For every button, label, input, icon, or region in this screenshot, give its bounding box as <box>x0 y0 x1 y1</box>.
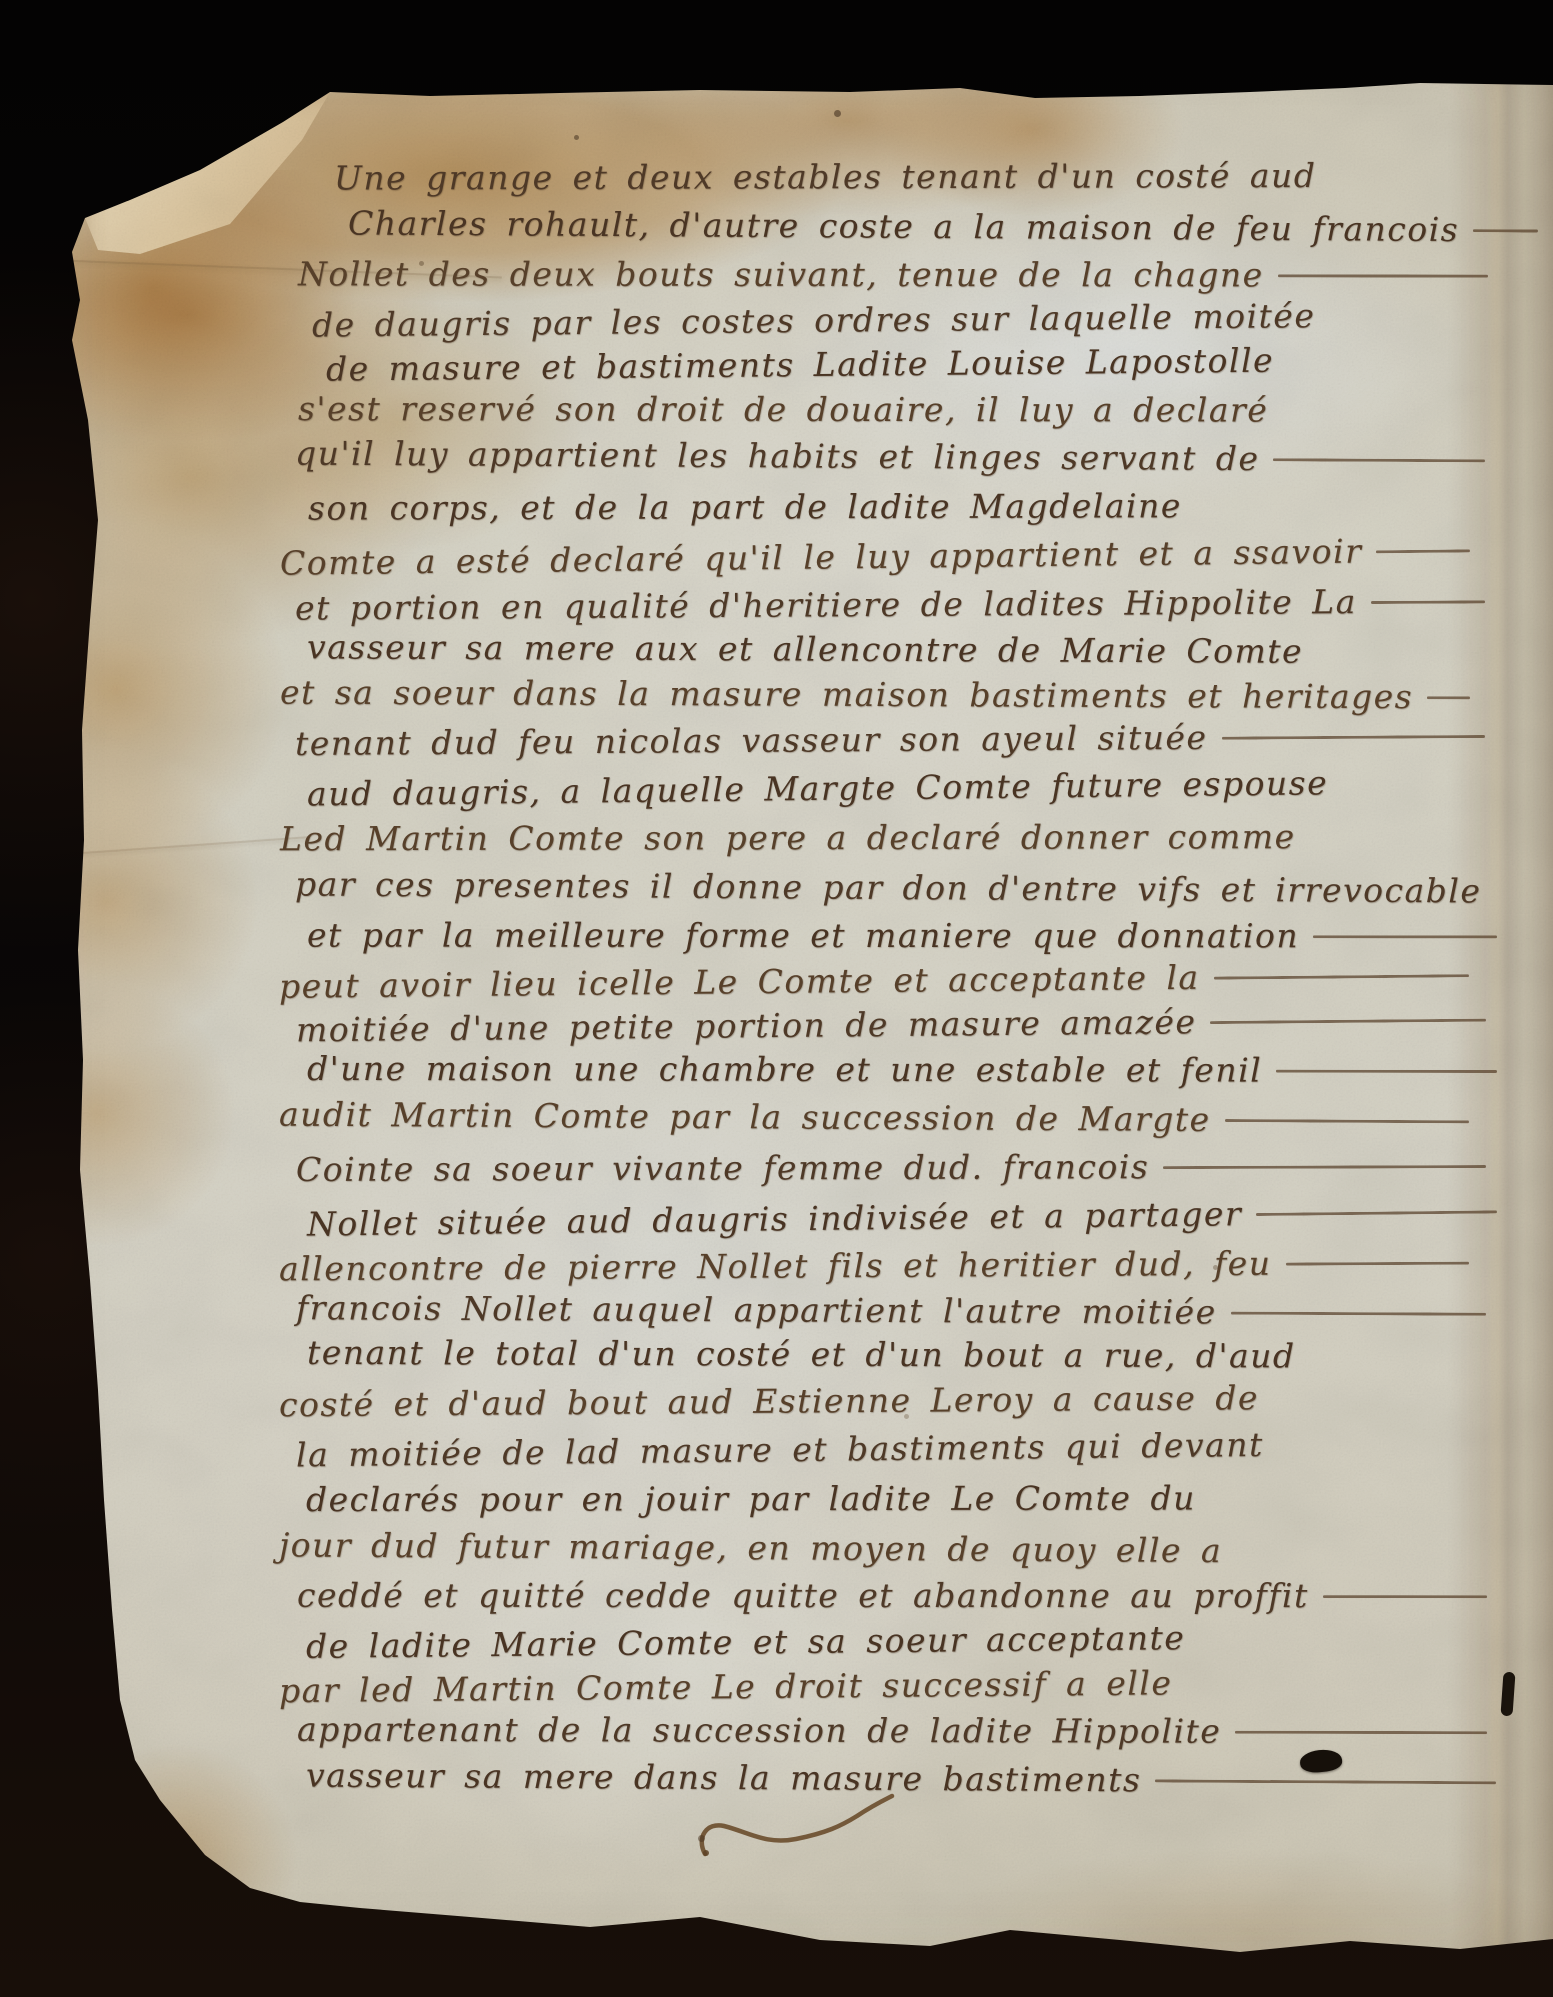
manuscript-line-text: de masure et bastiments Ladite Louise La… <box>326 344 1274 386</box>
ink-specks <box>0 0 3 3</box>
manuscript-line-text: par led Martin Comte Le droit successif … <box>279 1666 1173 1707</box>
manuscript-line-text: appartenant de la succession de ladite H… <box>297 1713 1221 1748</box>
paper-light-patch-top <box>640 200 1520 540</box>
manuscript-line: tenant le total d'un costé et d'un bout … <box>307 1336 1497 1373</box>
manuscript-line-text: de ladite Marie Comte et sa soeur accept… <box>306 1621 1186 1663</box>
manuscript-line-text: la moitiée de lad masure et bastiments q… <box>296 1428 1264 1471</box>
line-filler-dash <box>1371 600 1485 604</box>
manuscript-line-text: son corps, et de la part de ladite Magde… <box>308 489 1182 524</box>
line-filler-dash <box>1225 1119 1469 1123</box>
manuscript-line: de daugris par les costes ordres sur laq… <box>312 297 1502 341</box>
manuscript-line-text: et portion en qualité d'heritiere de lad… <box>295 585 1357 624</box>
folded-corner-top-left <box>80 92 380 352</box>
water-stain-top <box>55 78 1375 508</box>
line-filler-dash <box>1163 1165 1486 1169</box>
line-filler-dash <box>1276 1070 1497 1073</box>
line-filler-dash <box>1323 1595 1487 1598</box>
manuscript-line: par ces presentes il donne par don d'ent… <box>295 867 1485 907</box>
line-filler-dash <box>1221 735 1485 740</box>
paper-grain-texture <box>0 0 1553 1997</box>
line-filler-dash <box>1235 1731 1487 1735</box>
manuscript-line: francois Nollet auquel appartient l'autr… <box>296 1291 1486 1330</box>
manuscript-line: vasseur sa mere aux et allencontre de Ma… <box>307 630 1497 668</box>
water-stain-bottom <box>880 1840 1553 1990</box>
manuscript-line: de masure et bastiments Ladite Louise La… <box>326 341 1516 385</box>
manuscript-line-text: peut avoir lieu icelle Le Comte et accep… <box>279 961 1200 1003</box>
manuscript-line-text: s'est reservé son droit de douaire, il l… <box>298 392 1268 426</box>
manuscript-line: moitiée d'une petite portion de masure a… <box>296 1003 1486 1047</box>
manuscript-line: d'une maison une chambre et une estable … <box>307 1052 1497 1087</box>
manuscript-line: Led Martin Comte son pere a declaré donn… <box>280 820 1470 855</box>
line-filler-dash <box>1427 696 1470 699</box>
water-stain-left-edge <box>50 170 520 1350</box>
manuscript-line-text: moitiée d'une petite portion de masure a… <box>296 1005 1197 1046</box>
line-filler-dash <box>1256 1210 1497 1216</box>
manuscript-line: audit Martin Comte par la succession de … <box>279 1098 1469 1138</box>
manuscript-line-text: vasseur sa mere aux et allencontre de Ma… <box>307 630 1303 667</box>
crease-line-upper-left <box>62 260 502 279</box>
manuscript-line: jour dud futur mariage, en moyen de quoy… <box>279 1528 1469 1568</box>
line-filler-dash <box>1210 1019 1486 1025</box>
line-filler-dash <box>1313 935 1497 938</box>
paraph-flourish <box>698 1792 898 1862</box>
manuscript-line-text: d'une maison une chambre et une estable … <box>307 1052 1262 1087</box>
manuscript-line: costé et d'aud bout aud Estienne Leroy a… <box>279 1380 1469 1422</box>
manuscript-line-text: Nollet située aud daugris indivisée et a… <box>307 1197 1243 1240</box>
line-filler-dash <box>1214 974 1469 979</box>
manuscript-line-text: ceddé et quitté cedde quitte et abandonn… <box>297 1579 1309 1612</box>
crease-line-mid-left <box>58 836 308 855</box>
manuscript-line: qu'il luy appartient les habits et linge… <box>295 437 1485 477</box>
water-stain-left-bulge <box>210 260 680 620</box>
line-filler-dash <box>1273 458 1485 462</box>
water-stain-bottom-left <box>70 1690 370 1970</box>
manuscript-line: tenant dud feu nicolas vasseur son ayeul… <box>295 719 1485 760</box>
folded-corner-bottom-left <box>85 1775 235 1935</box>
ink-blot <box>1299 1748 1343 1774</box>
manuscript-line-text: tenant dud feu nicolas vasseur son ayeul… <box>295 721 1208 760</box>
manuscript-line: par led Martin Comte Le droit successif … <box>279 1664 1469 1707</box>
manuscript-line-text: audit Martin Comte par la succession de … <box>279 1098 1211 1136</box>
manuscript-line: et par la meilleure forme et maniere que… <box>307 919 1497 953</box>
manuscript-line-text: Led Martin Comte son pere a declaré donn… <box>280 820 1296 855</box>
manuscript-line-text: de daugris par les costes ordres sur laq… <box>312 299 1316 341</box>
manuscript-line: aud daugris, a laquelle Margte Comte fut… <box>307 764 1497 810</box>
manuscript-line: son corps, et de la part de ladite Magde… <box>308 488 1498 524</box>
photo-background: Une grange et deux estables tenant d'un … <box>0 0 1553 1997</box>
line-filler-dash <box>1155 1779 1496 1784</box>
line-filler-dash <box>1376 549 1470 553</box>
manuscript-line-text: aud daugris, a laquelle Margte Comte fut… <box>307 766 1328 810</box>
manuscript-line-text: Cointe sa soeur vivante femme dud. franc… <box>296 1150 1149 1186</box>
manuscript-line-text: costé et d'aud bout aud Estienne Leroy a… <box>279 1381 1259 1421</box>
line-filler-dash <box>1286 1262 1469 1266</box>
manuscript-line: Nollet située aud daugris indivisée et a… <box>307 1194 1497 1240</box>
manuscript-line: et sa soeur dans la masure maison bastim… <box>280 676 1470 714</box>
manuscript-line-text: et par la meilleure forme et maniere que… <box>307 919 1299 953</box>
manuscript-line-text: par ces presentes il donne par don d'ent… <box>295 867 1482 907</box>
manuscript-line: Une grange et deux estables tenant d'un … <box>334 158 1524 194</box>
manuscript-text: Une grange et deux estables tenant d'un … <box>0 0 1553 1997</box>
manuscript-line: Charles rohault, d'autre coste a la mais… <box>348 206 1538 246</box>
manuscript-line: declarés pour en jouir par ladite Le Com… <box>306 1481 1496 1516</box>
right-fold-crease <box>1450 84 1553 1950</box>
manuscript-line-text: qu'il luy appartient les habits et linge… <box>295 437 1260 476</box>
manuscript-line-text: et sa soeur dans la masure maison bastim… <box>280 676 1413 714</box>
manuscript-line: allencontre de pierre Nollet fils et her… <box>279 1246 1469 1286</box>
manuscript-line-text: allencontre de pierre Nollet fils et her… <box>279 1247 1272 1286</box>
manuscript-line: ceddé et quitté cedde quitte et abandonn… <box>297 1579 1487 1612</box>
manuscript-page: Une grange et deux estables tenant d'un … <box>0 0 1553 1997</box>
manuscript-line-text: Comte a esté declaré qu'il le luy appart… <box>280 535 1363 580</box>
manuscript-line: appartenant de la succession de ladite H… <box>297 1713 1487 1748</box>
manuscript-line: Comte a esté declaré qu'il le luy appart… <box>280 533 1470 579</box>
manuscript-line-text: jour dud futur mariage, en moyen de quoy… <box>279 1528 1222 1567</box>
manuscript-line: Nollet des deux bouts suivant, tenue de … <box>298 257 1488 291</box>
paper-light-patch-middle <box>240 880 1200 1640</box>
manuscript-line-text: vasseur sa mere dans la masure bastiment… <box>306 1759 1142 1797</box>
manuscript-line: de ladite Marie Comte et sa soeur accept… <box>306 1618 1496 1663</box>
manuscript-line: s'est reservé son droit de douaire, il l… <box>298 392 1488 427</box>
manuscript-line-text: francois Nollet auquel appartient l'autr… <box>296 1291 1217 1328</box>
paper-vignette <box>0 0 1553 1997</box>
line-filler-dash <box>1231 1312 1486 1316</box>
manuscript-line: vasseur sa mere dans la masure bastiment… <box>306 1759 1496 1799</box>
manuscript-line-text: Nollet des deux bouts suivant, tenue de … <box>298 257 1264 291</box>
manuscript-line-text: tenant le total d'un costé et d'un bout … <box>307 1336 1296 1373</box>
manuscript-line-text: Charles rohault, d'autre coste a la mais… <box>348 206 1459 246</box>
ink-mark-right-edge <box>1500 1672 1515 1717</box>
manuscript-line-text: declarés pour en jouir par ladite Le Com… <box>306 1481 1196 1516</box>
manuscript-line: et portion en qualité d'heritiere de lad… <box>295 584 1485 624</box>
manuscript-line: peut avoir lieu icelle Le Comte et accep… <box>279 958 1469 1003</box>
line-filler-dash <box>1278 274 1488 277</box>
manuscript-line: la moitiée de lad masure et bastiments q… <box>296 1426 1486 1472</box>
manuscript-line: Cointe sa soeur vivante femme dud. franc… <box>296 1149 1486 1186</box>
manuscript-line-text: Une grange et deux estables tenant d'un … <box>334 159 1317 195</box>
paper-light-patch-bottom <box>280 1430 1140 1910</box>
line-filler-dash <box>1473 229 1538 232</box>
